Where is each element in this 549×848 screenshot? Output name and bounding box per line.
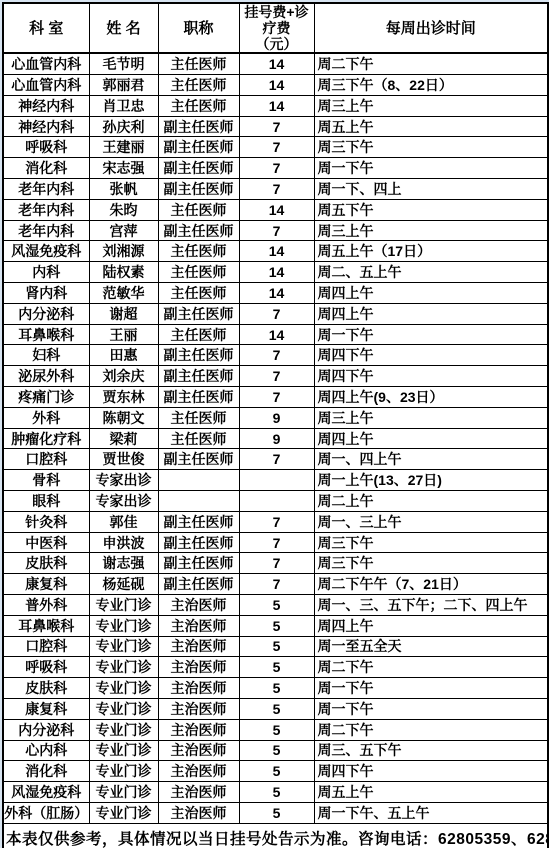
department-cell: 疼痛门诊 <box>3 387 89 408</box>
name-cell: 宫萍 <box>89 220 158 241</box>
name-cell: 陆权素 <box>89 262 158 283</box>
fee-cell: 7 <box>239 387 314 408</box>
fee-cell: 14 <box>239 324 314 345</box>
title-cell: 副主任医师 <box>158 366 239 387</box>
name-cell: 专业门诊 <box>89 678 158 699</box>
title-cell: 主任医师 <box>158 199 239 220</box>
schedule-cell: 周二下午 <box>314 53 548 74</box>
title-cell: 主任医师 <box>158 324 239 345</box>
name-cell: 梁莉 <box>89 428 158 449</box>
fee-cell: 5 <box>239 740 314 761</box>
table-footer: 本表仅供参考，具体情况以当日挂号处告示为准。咨询电话：62805359、6280… <box>3 823 548 848</box>
name-cell: 专业门诊 <box>89 636 158 657</box>
department-cell: 妇科 <box>3 345 89 366</box>
table-row: 中医科申洪波副主任医师7周三下午 <box>3 532 548 553</box>
col-header-title: 职称 <box>158 3 239 53</box>
title-cell: 主治医师 <box>158 636 239 657</box>
name-cell: 张帆 <box>89 179 158 200</box>
department-cell: 针灸科 <box>3 511 89 532</box>
title-cell <box>158 470 239 491</box>
table-row: 心血管内科毛节明主任医师14周二下午 <box>3 53 548 74</box>
fee-cell: 7 <box>239 158 314 179</box>
table-row: 口腔科贾世俊副主任医师7周一、四上午 <box>3 449 548 470</box>
fee-cell: 7 <box>239 449 314 470</box>
schedule-cell: 周一下午 <box>314 324 548 345</box>
department-cell: 消化科 <box>3 761 89 782</box>
fee-cell: 9 <box>239 428 314 449</box>
table-row: 皮肤科专业门诊主治医师5周一下午 <box>3 678 548 699</box>
table-row: 神经内科肖卫忠主任医师14周三上午 <box>3 95 548 116</box>
department-cell: 眼科 <box>3 491 89 512</box>
footer-note: 本表仅供参考，具体情况以当日挂号处告示为准。咨询电话：62805359、6280… <box>3 823 548 848</box>
table-row: 肿瘤化疗科梁莉主任医师9周四上午 <box>3 428 548 449</box>
fee-cell: 14 <box>239 53 314 74</box>
schedule-cell: 周三、五下午 <box>314 740 548 761</box>
table-row: 普外科专业门诊主治医师5周一、三、五下午；二下、四上午 <box>3 595 548 616</box>
schedule-cell: 周五上午（17日） <box>314 241 548 262</box>
department-cell: 心内科 <box>3 740 89 761</box>
fee-cell: 7 <box>239 137 314 158</box>
fee-cell: 5 <box>239 595 314 616</box>
title-cell: 副主任医师 <box>158 449 239 470</box>
department-cell: 外科（肛肠） <box>3 802 89 823</box>
name-cell: 专业门诊 <box>89 698 158 719</box>
schedule-cell: 周二、五上午 <box>314 262 548 283</box>
title-cell: 主任医师 <box>158 53 239 74</box>
table-row: 妇科田惠副主任医师7周四下午 <box>3 345 548 366</box>
department-cell: 口腔科 <box>3 449 89 470</box>
fee-cell: 5 <box>239 678 314 699</box>
fee-cell: 5 <box>239 636 314 657</box>
fee-cell: 7 <box>239 511 314 532</box>
title-cell: 主治医师 <box>158 698 239 719</box>
name-cell: 刘湘源 <box>89 241 158 262</box>
department-cell: 风湿免疫科 <box>3 241 89 262</box>
fee-cell: 7 <box>239 303 314 324</box>
title-cell: 主任医师 <box>158 407 239 428</box>
table-row: 疼痛门诊贾东林副主任医师7周四上午(9、23日） <box>3 387 548 408</box>
table-row: 外科陈朝文主任医师9周三上午 <box>3 407 548 428</box>
table-row: 呼吸科专业门诊主治医师5周二下午 <box>3 657 548 678</box>
title-cell: 副主任医师 <box>158 303 239 324</box>
fee-cell: 7 <box>239 574 314 595</box>
title-cell: 主任医师 <box>158 75 239 96</box>
table-body: 心血管内科毛节明主任医师14周二下午心血管内科郭丽君主任医师14周三下午（8、2… <box>3 53 548 823</box>
title-cell: 副主任医师 <box>158 116 239 137</box>
fee-cell: 14 <box>239 95 314 116</box>
schedule-cell: 周二下午 <box>314 719 548 740</box>
name-cell: 专业门诊 <box>89 740 158 761</box>
col-header-name: 姓 名 <box>89 3 158 53</box>
name-cell: 刘余庆 <box>89 366 158 387</box>
department-cell: 心血管内科 <box>3 75 89 96</box>
col-header-fee: 挂号费+诊 疗费 （元） <box>239 3 314 53</box>
schedule-cell: 周三下午 <box>314 553 548 574</box>
title-cell: 副主任医师 <box>158 387 239 408</box>
schedule-cell: 周一、三、五下午；二下、四上午 <box>314 595 548 616</box>
footer-row: 本表仅供参考，具体情况以当日挂号处告示为准。咨询电话：62805359、6280… <box>3 823 548 848</box>
fee-cell: 14 <box>239 75 314 96</box>
name-cell: 专业门诊 <box>89 802 158 823</box>
department-cell: 心血管内科 <box>3 53 89 74</box>
fee-cell: 5 <box>239 657 314 678</box>
name-cell: 专业门诊 <box>89 719 158 740</box>
schedule-cell: 周四下午 <box>314 366 548 387</box>
table-row: 神经内科孙庆利副主任医师7周五上午 <box>3 116 548 137</box>
department-cell: 肾内科 <box>3 283 89 304</box>
title-cell: 主任医师 <box>158 262 239 283</box>
name-cell: 王丽 <box>89 324 158 345</box>
fee-cell: 7 <box>239 553 314 574</box>
department-cell: 耳鼻喉科 <box>3 324 89 345</box>
name-cell: 肖卫忠 <box>89 95 158 116</box>
title-cell: 主治医师 <box>158 782 239 803</box>
name-cell: 田惠 <box>89 345 158 366</box>
department-cell: 肿瘤化疗科 <box>3 428 89 449</box>
table-row: 消化科宋志强副主任医师7周一下午 <box>3 158 548 179</box>
schedule-cell: 周四上午(9、23日） <box>314 387 548 408</box>
schedule-cell: 周四上午 <box>314 283 548 304</box>
title-cell: 主治医师 <box>158 657 239 678</box>
table-row: 风湿免疫科专业门诊主治医师5周五上午 <box>3 782 548 803</box>
table-row: 肾内科范敏华主任医师14周四上午 <box>3 283 548 304</box>
table-row: 内科陆权素主任医师14周二、五上午 <box>3 262 548 283</box>
table-row: 骨科专家出诊周一上午(13、27日) <box>3 470 548 491</box>
schedule-cell: 周五上午 <box>314 782 548 803</box>
name-cell: 专家出诊 <box>89 470 158 491</box>
title-cell: 主治医师 <box>158 678 239 699</box>
fee-cell: 7 <box>239 532 314 553</box>
clinic-schedule-table: 科 室 姓 名 职称 挂号费+诊 疗费 （元） 每周出诊时间 心血管内科毛节明主… <box>2 2 549 848</box>
title-cell: 主治医师 <box>158 802 239 823</box>
name-cell: 专业门诊 <box>89 615 158 636</box>
title-cell: 主治医师 <box>158 595 239 616</box>
department-cell: 神经内科 <box>3 95 89 116</box>
schedule-cell: 周一上午(13、27日) <box>314 470 548 491</box>
schedule-cell: 周一下、四上 <box>314 179 548 200</box>
schedule-cell: 周四下午 <box>314 345 548 366</box>
title-cell <box>158 491 239 512</box>
name-cell: 谢超 <box>89 303 158 324</box>
table-row: 康复科杨延砚副主任医师7周二下午午（7、21日） <box>3 574 548 595</box>
schedule-cell: 周四上午 <box>314 428 548 449</box>
name-cell: 专业门诊 <box>89 782 158 803</box>
table-row: 康复科专业门诊主治医师5周一下午 <box>3 698 548 719</box>
schedule-cell: 周四下午 <box>314 761 548 782</box>
name-cell: 专业门诊 <box>89 761 158 782</box>
department-cell: 皮肤科 <box>3 678 89 699</box>
table-row: 外科（肛肠）专业门诊主治医师5周一下午、五上午 <box>3 802 548 823</box>
name-cell: 郭丽君 <box>89 75 158 96</box>
name-cell: 贾世俊 <box>89 449 158 470</box>
fee-cell: 7 <box>239 220 314 241</box>
fee-cell <box>239 470 314 491</box>
department-cell: 内分泌科 <box>3 719 89 740</box>
title-cell: 副主任医师 <box>158 511 239 532</box>
department-cell: 老年内科 <box>3 220 89 241</box>
title-cell: 副主任医师 <box>158 220 239 241</box>
department-cell: 骨科 <box>3 470 89 491</box>
department-cell: 口腔科 <box>3 636 89 657</box>
schedule-cell: 周三下午 <box>314 137 548 158</box>
fee-cell: 7 <box>239 116 314 137</box>
col-header-schedule: 每周出诊时间 <box>314 3 548 53</box>
fee-cell <box>239 491 314 512</box>
fee-cell: 9 <box>239 407 314 428</box>
schedule-cell: 周一下午 <box>314 678 548 699</box>
department-cell: 内科 <box>3 262 89 283</box>
name-cell: 申洪波 <box>89 532 158 553</box>
schedule-cell: 周三上午 <box>314 407 548 428</box>
title-cell: 主治医师 <box>158 615 239 636</box>
department-cell: 中医科 <box>3 532 89 553</box>
department-cell: 皮肤科 <box>3 553 89 574</box>
name-cell: 专业门诊 <box>89 657 158 678</box>
table-row: 耳鼻喉科王丽主任医师14周一下午 <box>3 324 548 345</box>
header-row: 科 室 姓 名 职称 挂号费+诊 疗费 （元） 每周出诊时间 <box>3 3 548 53</box>
table-row: 心内科专业门诊主治医师5周三、五下午 <box>3 740 548 761</box>
schedule-cell: 周一下午 <box>314 158 548 179</box>
fee-cell: 14 <box>239 283 314 304</box>
fee-cell: 5 <box>239 698 314 719</box>
department-cell: 老年内科 <box>3 199 89 220</box>
title-cell: 主治医师 <box>158 761 239 782</box>
table-row: 眼科专家出诊周二上午 <box>3 491 548 512</box>
department-cell: 消化科 <box>3 158 89 179</box>
department-cell: 内分泌科 <box>3 303 89 324</box>
table-row: 呼吸科王建丽副主任医师7周三下午 <box>3 137 548 158</box>
table-row: 老年内科朱昀主任医师14周五下午 <box>3 199 548 220</box>
fee-cell: 14 <box>239 199 314 220</box>
department-cell: 外科 <box>3 407 89 428</box>
title-cell: 副主任医师 <box>158 345 239 366</box>
name-cell: 郭佳 <box>89 511 158 532</box>
fee-cell: 5 <box>239 761 314 782</box>
schedule-cell: 周一至五全天 <box>314 636 548 657</box>
schedule-cell: 周三上午 <box>314 220 548 241</box>
schedule-cell: 周二下午 <box>314 657 548 678</box>
fee-cell: 5 <box>239 782 314 803</box>
name-cell: 宋志强 <box>89 158 158 179</box>
table-row: 心血管内科郭丽君主任医师14周三下午（8、22日） <box>3 75 548 96</box>
title-cell: 副主任医师 <box>158 532 239 553</box>
schedule-cell: 周一、三上午 <box>314 511 548 532</box>
fee-cell: 7 <box>239 179 314 200</box>
schedule-cell: 周三下午（8、22日） <box>314 75 548 96</box>
table-row: 内分泌科谢超副主任医师7周四上午 <box>3 303 548 324</box>
name-cell: 孙庆利 <box>89 116 158 137</box>
fee-cell: 5 <box>239 615 314 636</box>
table-row: 老年内科宫萍副主任医师7周三上午 <box>3 220 548 241</box>
schedule-cell: 周一下午、五上午 <box>314 802 548 823</box>
department-cell: 神经内科 <box>3 116 89 137</box>
fee-cell: 5 <box>239 802 314 823</box>
table-row: 耳鼻喉科专业门诊主治医师5周四上午 <box>3 615 548 636</box>
title-cell: 副主任医师 <box>158 137 239 158</box>
name-cell: 杨延砚 <box>89 574 158 595</box>
schedule-cell: 周三下午 <box>314 532 548 553</box>
department-cell: 呼吸科 <box>3 137 89 158</box>
department-cell: 康复科 <box>3 574 89 595</box>
department-cell: 耳鼻喉科 <box>3 615 89 636</box>
table-row: 针灸科郭佳副主任医师7周一、三上午 <box>3 511 548 532</box>
fee-cell: 14 <box>239 241 314 262</box>
fee-cell: 7 <box>239 366 314 387</box>
department-cell: 普外科 <box>3 595 89 616</box>
name-cell: 专业门诊 <box>89 595 158 616</box>
schedule-cell: 周五上午 <box>314 116 548 137</box>
title-cell: 副主任医师 <box>158 179 239 200</box>
title-cell: 主任医师 <box>158 95 239 116</box>
table-row: 老年内科张帆副主任医师7周一下、四上 <box>3 179 548 200</box>
department-cell: 泌尿外科 <box>3 366 89 387</box>
schedule-cell: 周五下午 <box>314 199 548 220</box>
schedule-cell: 周一下午 <box>314 698 548 719</box>
department-cell: 老年内科 <box>3 179 89 200</box>
name-cell: 毛节明 <box>89 53 158 74</box>
name-cell: 专家出诊 <box>89 491 158 512</box>
title-cell: 主治医师 <box>158 740 239 761</box>
name-cell: 范敏华 <box>89 283 158 304</box>
department-cell: 呼吸科 <box>3 657 89 678</box>
name-cell: 贾东林 <box>89 387 158 408</box>
col-header-department: 科 室 <box>3 3 89 53</box>
department-cell: 风湿免疫科 <box>3 782 89 803</box>
department-cell: 康复科 <box>3 698 89 719</box>
title-cell: 主任医师 <box>158 283 239 304</box>
schedule-cell: 周四上午 <box>314 615 548 636</box>
name-cell: 谢志强 <box>89 553 158 574</box>
table-row: 泌尿外科刘余庆副主任医师7周四下午 <box>3 366 548 387</box>
fee-cell: 14 <box>239 262 314 283</box>
schedule-cell: 周一、四上午 <box>314 449 548 470</box>
table-row: 内分泌科专业门诊主治医师5周二下午 <box>3 719 548 740</box>
title-cell: 副主任医师 <box>158 574 239 595</box>
name-cell: 朱昀 <box>89 199 158 220</box>
title-cell: 主治医师 <box>158 719 239 740</box>
title-cell: 副主任医师 <box>158 158 239 179</box>
schedule-cell: 周四上午 <box>314 303 548 324</box>
table-row: 口腔科专业门诊主治医师5周一至五全天 <box>3 636 548 657</box>
title-cell: 副主任医师 <box>158 553 239 574</box>
fee-cell: 7 <box>239 345 314 366</box>
name-cell: 陈朝文 <box>89 407 158 428</box>
table-row: 风湿免疫科刘湘源主任医师14周五上午（17日） <box>3 241 548 262</box>
title-cell: 主任医师 <box>158 241 239 262</box>
schedule-cell: 周三上午 <box>314 95 548 116</box>
table-row: 消化科专业门诊主治医师5周四下午 <box>3 761 548 782</box>
title-cell: 主任医师 <box>158 428 239 449</box>
table-header: 科 室 姓 名 职称 挂号费+诊 疗费 （元） 每周出诊时间 <box>3 3 548 53</box>
schedule-cell: 周二上午 <box>314 491 548 512</box>
fee-cell: 5 <box>239 719 314 740</box>
name-cell: 王建丽 <box>89 137 158 158</box>
schedule-cell: 周二下午午（7、21日） <box>314 574 548 595</box>
table-row: 皮肤科谢志强副主任医师7周三下午 <box>3 553 548 574</box>
